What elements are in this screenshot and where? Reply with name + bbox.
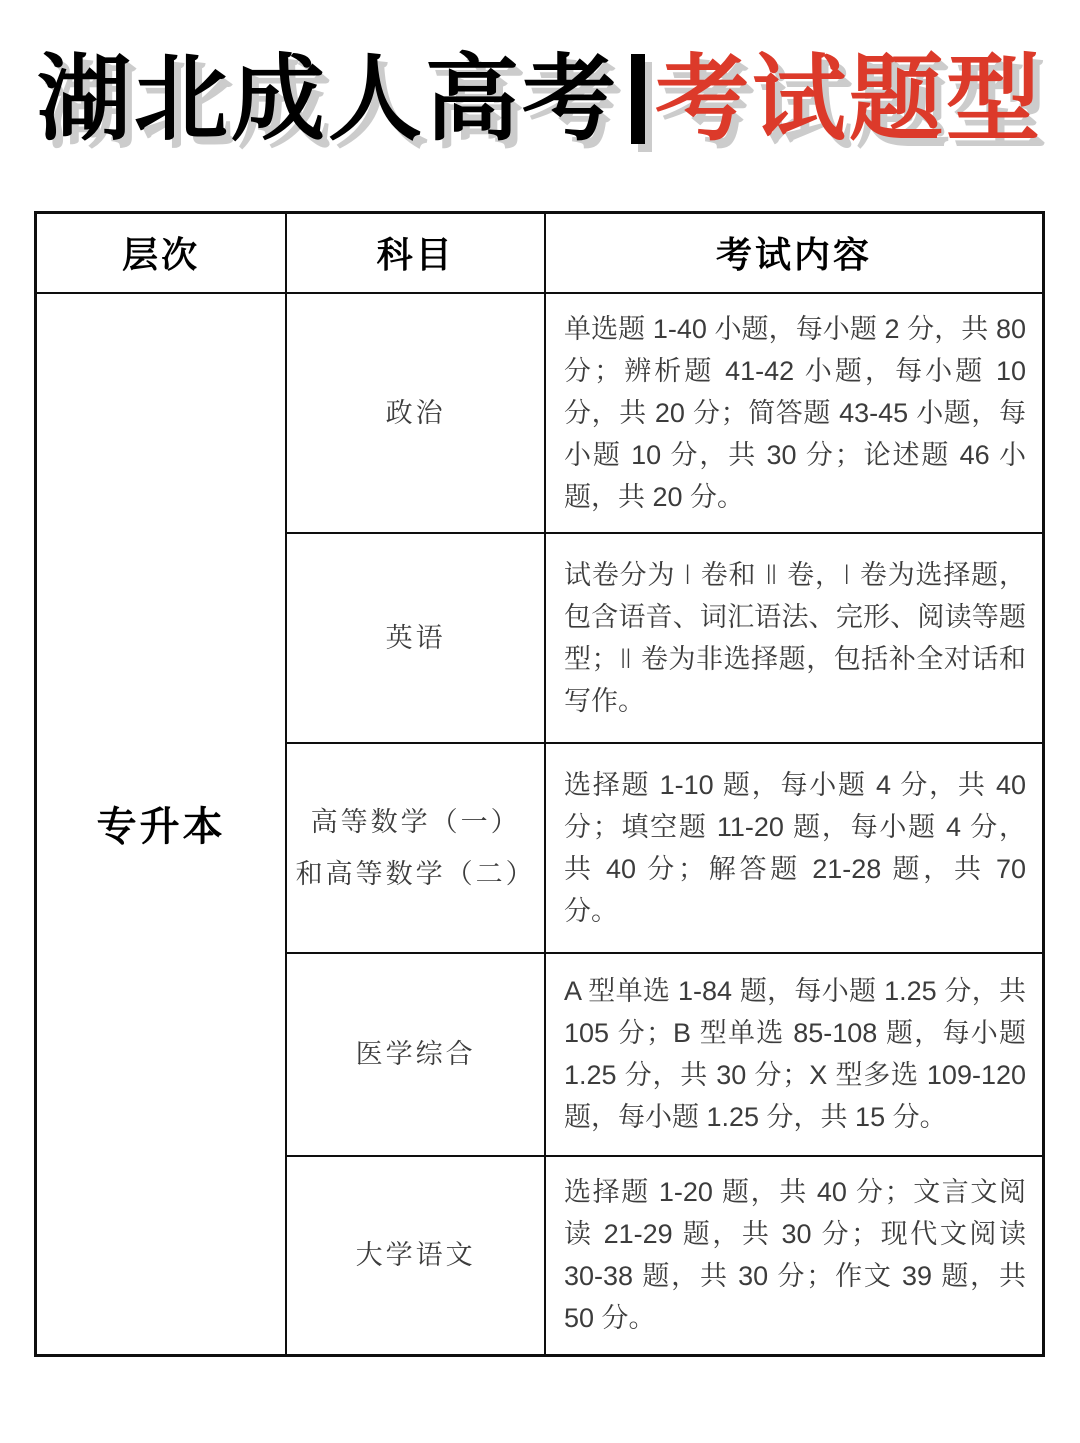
page-title: 湖北成人高考 考试题型: [0, 52, 1080, 146]
page-title-black-text: 湖北成人高考: [37, 52, 619, 146]
page: { "title": { "black_part": "湖北成人高考", "di…: [0, 0, 1080, 1443]
level-cell: 专升本: [36, 293, 287, 1356]
header-subject: 科目: [286, 213, 545, 293]
header-content: 考试内容: [545, 213, 1044, 293]
exam-table-container: 层次 科目 考试内容 专升本 政治 单选题 1-40 小题，每小题 2 分，共 …: [34, 211, 1045, 1357]
content-cell: 试卷分为 Ⅰ 卷和 Ⅱ 卷，Ⅰ 卷为选择题，包含语音、词汇语法、完形、阅读等题型…: [545, 533, 1044, 743]
title-divider-bar: [631, 54, 645, 144]
header-level: 层次: [36, 213, 287, 293]
subject-cell: 医学综合: [286, 953, 545, 1156]
table-header-row: 层次 科目 考试内容: [36, 213, 1044, 293]
content-cell: A 型单选 1-84 题，每小题 1.25 分，共 105 分；B 型单选 85…: [545, 953, 1044, 1156]
page-title-red-text: 考试题型: [655, 52, 1043, 146]
table-row: 专升本 政治 单选题 1-40 小题，每小题 2 分，共 80 分；辨析题 41…: [36, 293, 1044, 533]
content-cell: 选择题 1-10 题，每小题 4 分，共 40 分；填空题 11-20 题，每小…: [545, 743, 1044, 953]
subject-cell: 大学语文: [286, 1156, 545, 1356]
content-cell: 单选题 1-40 小题，每小题 2 分，共 80 分；辨析题 41-42 小题，…: [545, 293, 1044, 533]
subject-cell: 政治: [286, 293, 545, 533]
exam-table: 层次 科目 考试内容 专升本 政治 单选题 1-40 小题，每小题 2 分，共 …: [34, 211, 1045, 1357]
subject-cell: 英语: [286, 533, 545, 743]
subject-cell: 高等数学（一） 和高等数学（二）: [286, 743, 545, 953]
content-cell: 选择题 1-20 题，共 40 分；文言文阅读 21-29 题，共 30 分；现…: [545, 1156, 1044, 1356]
